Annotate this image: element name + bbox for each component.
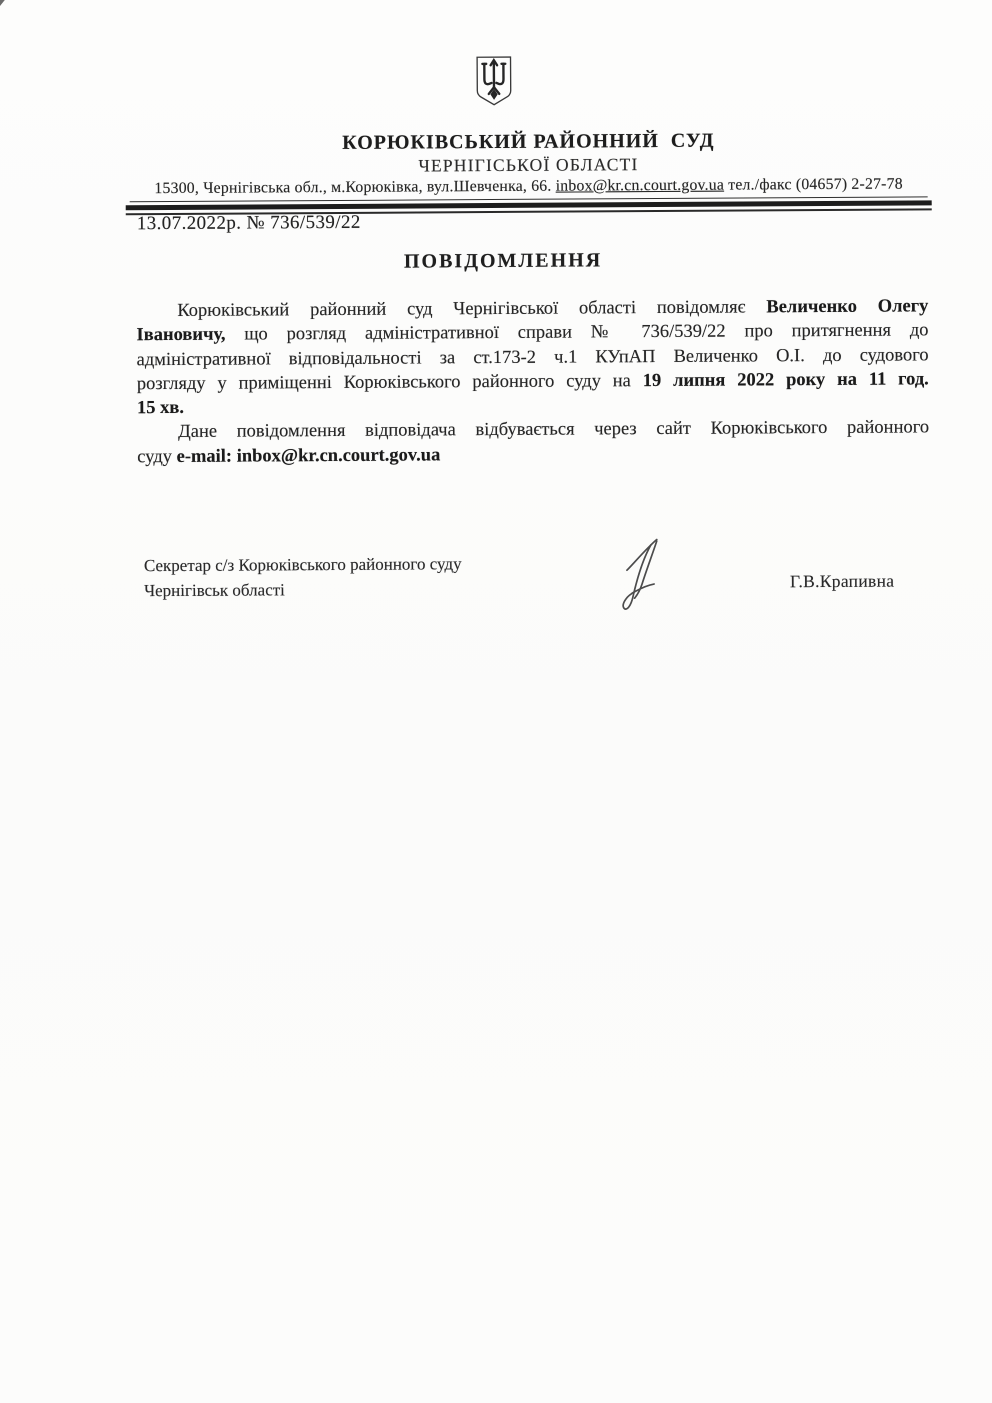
body-line: розгляду у приміщенні Корюківського райо… [137, 367, 929, 396]
signatory-role: Секретар с/з Корюківського районного суд… [144, 552, 462, 603]
document-body: Корюківський районний суд Чернігівської … [136, 294, 929, 469]
date-and-case-number: 13.07.2022р. № 736/539/22 [137, 212, 361, 235]
scanned-court-letter-page: КОРЮКІВСЬКИЙ РАЙОННИЙ СУД ЧЕРНІГІСЬКОЇ О… [0, 0, 992, 1403]
body-segment: розгляду у приміщенні Корюківського райо… [137, 371, 643, 394]
signatory-role-line2: Чернігівськ області [144, 577, 462, 603]
body-segment: адміністративної відповідальності за ст.… [137, 345, 929, 370]
body-segment: що розгляд адміністративної справи № 736… [225, 321, 928, 345]
body-segment: Дане повідомлення відповідача відбуваєть… [178, 418, 929, 443]
body-segment: суду [137, 447, 176, 467]
handwritten-signature [612, 535, 682, 617]
addressee-name-bold: Величенко Олегу [766, 296, 928, 317]
court-name: КОРЮКІВСЬКИЙ РАЙОННИЙ СУД [129, 128, 927, 156]
hearing-datetime-bold: 19 липня 2022 року на 11 год. [643, 369, 929, 391]
court-email-link: inbox@kr.cn.court.gov.ua [556, 177, 724, 195]
signatory-role-line1: Секретар с/з Корюківського районного суд… [144, 552, 462, 578]
phone-fax-text: тел./факс (04657) 2-27-78 [724, 176, 903, 194]
signatory-name: Г.В.Крапивна [790, 571, 894, 593]
ukraine-trident-emblem-icon [473, 54, 515, 108]
court-address-line: 15300, Чернігівська обл., м.Корюківка, в… [130, 175, 928, 202]
court-email-bold: e-mail: inbox@kr.cn.court.gov.ua [177, 445, 441, 467]
body-line: Дане повідомлення відповідача відбуваєть… [137, 416, 929, 445]
document-title: ПОВІДОМЛЕННЯ [118, 248, 888, 276]
addressee-name-bold: Івановичу, [136, 325, 225, 346]
court-region: ЧЕРНІГІСЬКОЇ ОБЛАСТІ [129, 152, 927, 178]
document-content: КОРЮКІВСЬКИЙ РАЙОННИЙ СУД ЧЕРНІГІСЬКОЇ О… [0, 0, 992, 1403]
address-text: 15300, Чернігівська обл., м.Корюківка, в… [154, 178, 555, 197]
body-line: суду e-mail: inbox@kr.cn.court.gov.ua [137, 440, 929, 469]
hearing-datetime-bold: 15 хв. [137, 398, 184, 418]
body-segment: Корюківський районний суд Чернігівської … [177, 297, 766, 321]
